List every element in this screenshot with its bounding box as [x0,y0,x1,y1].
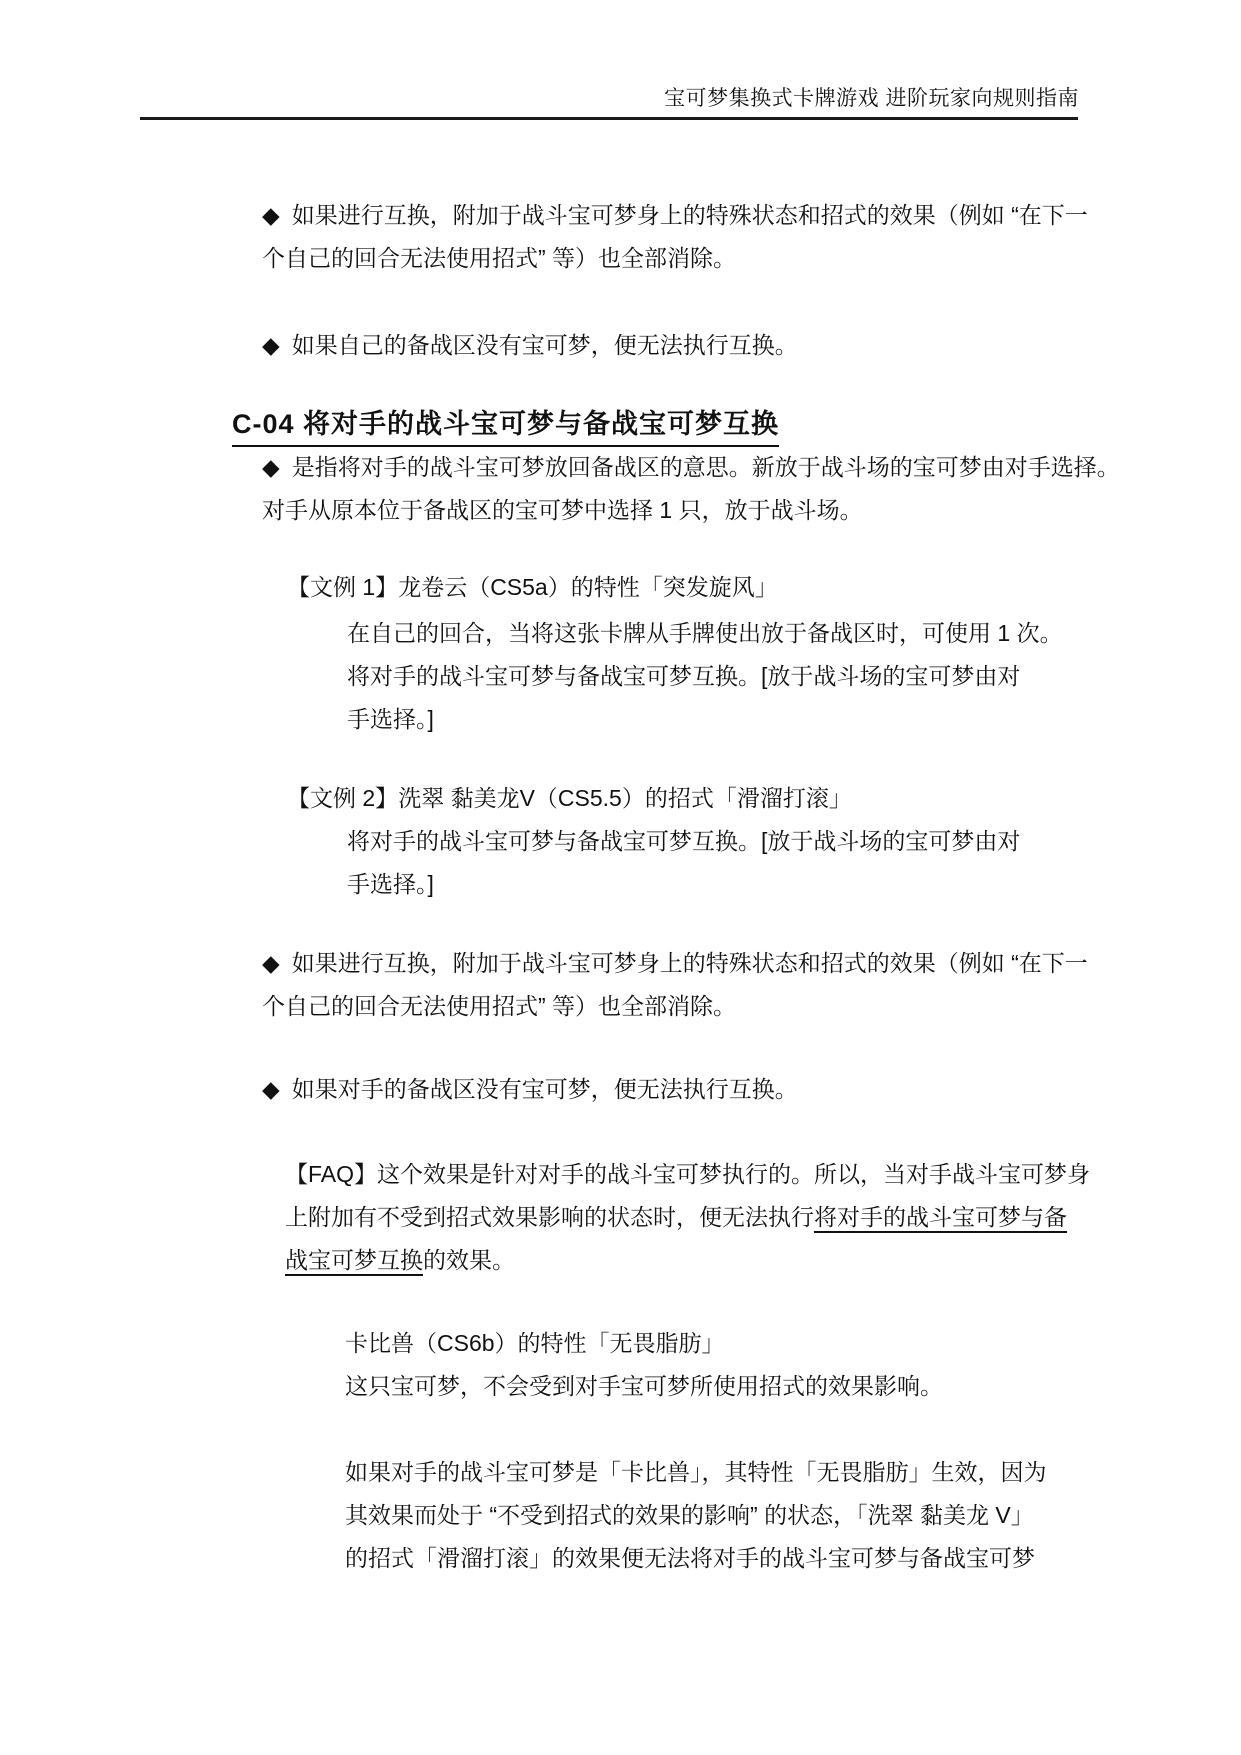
bullet-no-opponent-bench: ◆如果对手的备战区没有宝可梦，便无法执行互换。 [262,1068,798,1111]
line-text: 如果进行互换，附加于战斗宝可梦身上的特殊状态和招式的效果（例如 “在下一 [292,202,1088,228]
text-line: 如果对手的战斗宝可梦是「卡比兽」，其特性「无畏脂肪」生效，因为 [345,1451,1047,1494]
text-line: 手选择。] [347,698,1063,741]
text-line: ◆如果对手的备战区没有宝可梦，便无法执行互换。 [262,1068,798,1111]
bullet-swap-clears-effects-1: ◆如果进行互换，附加于战斗宝可梦身上的特殊状态和招式的效果（例如 “在下一 个自… [262,194,1088,280]
bullet-swap-clears-effects-2: ◆如果进行互换，附加于战斗宝可梦身上的特殊状态和招式的效果（例如 “在下一 个自… [262,942,1088,1028]
line-text: 上附加有不受到招式效果影响的状态时，便无法执行 [285,1204,814,1230]
text-line: 上附加有不受到招式效果影响的状态时，便无法执行将对手的战斗宝可梦与备 [285,1196,1090,1239]
text-line: 在自己的回合，当将这张卡牌从手牌使出放于备战区时，可使用 1 次。 [347,612,1063,655]
document-page: 宝可梦集换式卡牌游戏 进阶玩家向规则指南 ◆如果进行互换，附加于战斗宝可梦身上的… [0,0,1241,1755]
example-2-header: 【文例 2】洗翠 黏美龙V（CS5.5）的招式「滑溜打滚」 [287,777,852,820]
underlined-effect-name: 战宝可梦互换 [285,1247,423,1273]
text-line: 卡比兽（CS6b）的特性「无畏脂肪」 [345,1322,943,1365]
page-header-title: 宝可梦集换式卡牌游戏 进阶玩家向规则指南 [664,82,1079,112]
section-heading: C-04 将对手的战斗宝可梦与备战宝可梦互换 [232,402,779,447]
example-2-body: 将对手的战斗宝可梦与备战宝可梦互换。[放于战斗场的宝可梦由对 手选择。] [347,820,1020,906]
bullet-definition: ◆是指将对手的战斗宝可梦放回备战区的意思。新放于战斗场的宝可梦由对手选择。 对手… [262,446,1120,532]
text-line: 将对手的战斗宝可梦与备战宝可梦互换。[放于战斗场的宝可梦由对 [347,655,1063,698]
bullet-no-own-bench: ◆如果自己的备战区没有宝可梦，便无法执行互换。 [262,324,798,367]
example-1-header: 【文例 1】龙卷云（CS5a）的特性「突发旋风」 [287,566,778,609]
diamond-bullet-icon: ◆ [262,454,280,480]
header-divider [140,117,1078,120]
example-1-body: 在自己的回合，当将这张卡牌从手牌使出放于备战区时，可使用 1 次。 将对手的战斗… [347,612,1063,741]
text-line: ◆如果自己的备战区没有宝可梦，便无法执行互换。 [262,324,798,367]
example-title: 洗翠 黏美龙V（CS5.5）的招式「滑溜打滚」 [398,785,852,811]
text-line: 这只宝可梦，不会受到对手宝可梦所使用招式的效果影响。 [345,1365,943,1408]
diamond-bullet-icon: ◆ [262,332,280,358]
diamond-bullet-icon: ◆ [262,1076,280,1102]
conclusion-paragraph: 如果对手的战斗宝可梦是「卡比兽」，其特性「无畏脂肪」生效，因为 其效果而处于 “… [345,1451,1047,1580]
faq-note: 【FAQ】这个效果是针对对手的战斗宝可梦执行的。所以，当对手战斗宝可梦身 上附加… [285,1153,1090,1282]
text-line: 个自己的回合无法使用招式” 等）也全部消除。 [262,237,1088,280]
text-line: ◆如果进行互换，附加于战斗宝可梦身上的特殊状态和招式的效果（例如 “在下一 [262,194,1088,237]
faq-label: 【FAQ】 [285,1161,377,1187]
line-text: 如果进行互换，附加于战斗宝可梦身上的特殊状态和招式的效果（例如 “在下一 [292,950,1088,976]
text-line: 【文例 2】洗翠 黏美龙V（CS5.5）的招式「滑溜打滚」 [287,777,852,820]
text-line: 【文例 1】龙卷云（CS5a）的特性「突发旋风」 [287,566,778,609]
line-text: 的效果。 [423,1247,515,1273]
line-text: 是指将对手的战斗宝可梦放回备战区的意思。新放于战斗场的宝可梦由对手选择。 [292,454,1120,480]
underlined-effect-name: 将对手的战斗宝可梦与备 [814,1204,1067,1230]
text-line: 其效果而处于 “不受到招式的效果的影响” 的状态，「洗翠 黏美龙 V」 [345,1494,1047,1537]
example-label: 【文例 2】 [287,785,398,811]
text-line: 将对手的战斗宝可梦与备战宝可梦互换。[放于战斗场的宝可梦由对 [347,820,1020,863]
text-line: ◆如果进行互换，附加于战斗宝可梦身上的特殊状态和招式的效果（例如 “在下一 [262,942,1088,985]
text-line: 战宝可梦互换的效果。 [285,1239,1090,1282]
example-title: 龙卷云（CS5a）的特性「突发旋风」 [398,574,778,600]
diamond-bullet-icon: ◆ [262,950,280,976]
text-line: 的招式「滑溜打滚」的效果便无法将对手的战斗宝可梦与备战宝可梦 [345,1537,1047,1580]
text-line: 个自己的回合无法使用招式” 等）也全部消除。 [262,985,1088,1028]
snorlax-ability-text: 卡比兽（CS6b）的特性「无畏脂肪」 这只宝可梦，不会受到对手宝可梦所使用招式的… [345,1322,943,1408]
line-text: 如果自己的备战区没有宝可梦，便无法执行互换。 [292,332,798,358]
text-line: ◆是指将对手的战斗宝可梦放回备战区的意思。新放于战斗场的宝可梦由对手选择。 [262,446,1120,489]
text-line: 【FAQ】这个效果是针对对手的战斗宝可梦执行的。所以，当对手战斗宝可梦身 [285,1153,1090,1196]
example-label: 【文例 1】 [287,574,398,600]
line-text: 如果对手的备战区没有宝可梦，便无法执行互换。 [292,1076,798,1102]
diamond-bullet-icon: ◆ [262,202,280,228]
line-text: 这个效果是针对对手的战斗宝可梦执行的。所以，当对手战斗宝可梦身 [377,1161,1090,1187]
text-line: 对手从原本位于备战区的宝可梦中选择 1 只，放于战斗场。 [262,489,1120,532]
text-line: 手选择。] [347,863,1020,906]
